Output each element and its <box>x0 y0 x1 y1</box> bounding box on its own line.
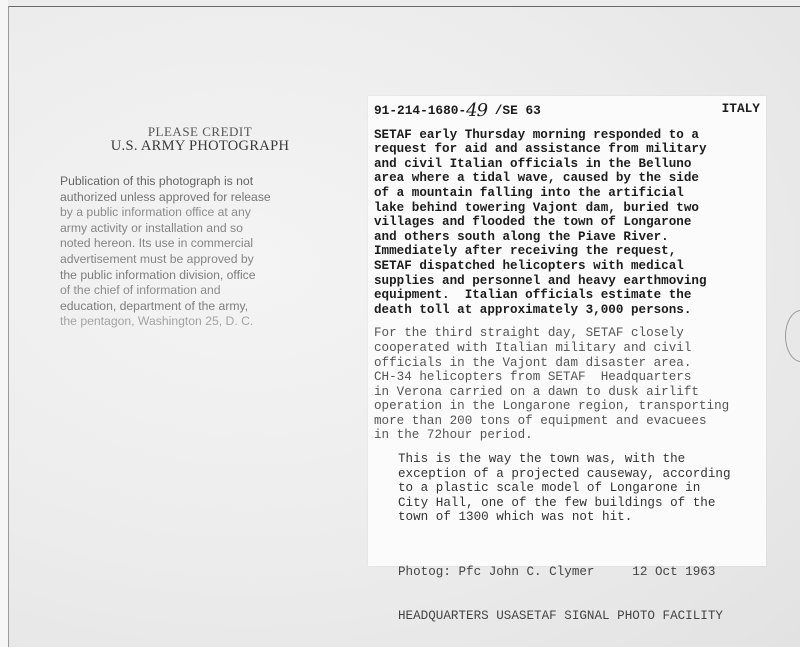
caption-slip: 91-214-1680-49 /SE 63 ITALY SETAF early … <box>368 96 766 566</box>
caption-line: area where a tidal wave, caused by the s… <box>374 171 766 186</box>
stamp-body: Publication of this photograph is notaut… <box>60 174 320 330</box>
caption-line: lake behind towering Vajont dam, buried … <box>374 201 766 216</box>
caption-line: cooperated with Italian military and civ… <box>374 341 766 356</box>
caption-line: This is the way the town was, with the <box>398 452 766 467</box>
caption-line: For the third straight day, SETAF closel… <box>374 326 766 341</box>
stamp-body-line: army activity or installation and so <box>60 221 320 237</box>
caption-paragraph-3: This is the way the town was, with theex… <box>398 452 766 525</box>
file-number-prefix: 91-214-1680- <box>374 103 466 118</box>
caption-line: equipment. Italian officials estimate th… <box>374 288 766 303</box>
caption-line: in Verona carried on a dawn to dusk airl… <box>374 385 766 400</box>
stamp-body-line: of the chief of information and <box>60 283 320 299</box>
caption-line: officials in the Vajont dam disaster are… <box>374 356 766 371</box>
caption-line: in the 72hour period. <box>374 428 766 443</box>
photographer-line: Photog: Pfc John C. Clymer 12 Oct 1963 <box>398 565 766 580</box>
stamp-body-line: by a public information office at any <box>60 205 320 221</box>
scan-margin <box>0 0 8 647</box>
caption-paragraph-1: SETAF early Thursday morning responded t… <box>374 128 766 318</box>
handwritten-number: 49 <box>466 100 487 121</box>
caption-line: villages and flooded the town of Longaro… <box>374 215 766 230</box>
caption-line: operation in the Longarone region, trans… <box>374 399 766 414</box>
caption-line: more than 200 tons of equipment and evac… <box>374 414 766 429</box>
stamp-body-line: noted hereon. Its use in commercial <box>60 236 320 252</box>
stamp-body-line: authorized unless approved for release <box>60 190 320 206</box>
caption-line: and others south along the Piave River. <box>374 230 766 245</box>
caption-line: CH-34 helicopters from SETAF Headquarter… <box>374 370 766 385</box>
caption-line: to a plastic scale model of Longarone in <box>398 481 766 496</box>
stamp-heading: PLEASE CREDIT U.S. ARMY PHOTOGRAPH <box>80 124 320 154</box>
stamp-body-line: education, department of the army, <box>60 299 320 315</box>
facility-line: HEADQUARTERS USASETAF SIGNAL PHOTO FACIL… <box>398 609 766 624</box>
caption-line: town of 1300 which was not hit. <box>398 510 766 525</box>
caption-paragraph-2: For the third straight day, SETAF closel… <box>374 326 766 443</box>
credit-stamp: PLEASE CREDIT U.S. ARMY PHOTOGRAPH Publi… <box>60 124 320 330</box>
file-number-suffix: /SE 63 <box>487 103 541 118</box>
caption-line: SETAF dispatched helicopters with medica… <box>374 259 766 274</box>
caption-line: Immediately after receiving the request, <box>374 244 766 259</box>
caption-line: exception of a projected causeway, accor… <box>398 467 766 482</box>
stamp-body-line: the pentagon, Washington 25, D. C. <box>60 314 320 330</box>
stamp-heading-line-2: U.S. ARMY PHOTOGRAPH <box>80 139 320 154</box>
file-number: 91-214-1680-49 /SE 63 <box>374 102 541 119</box>
caption-text: 91-214-1680-49 /SE 63 ITALY SETAF early … <box>374 102 766 647</box>
caption-line: SETAF early Thursday morning responded t… <box>374 128 766 143</box>
caption-line: supplies and personnel and heavy earthmo… <box>374 274 766 289</box>
stamp-heading-line-1: PLEASE CREDIT <box>80 124 320 139</box>
caption-line: of a mountain falling into the artificia… <box>374 186 766 201</box>
photo-credit: Photog: Pfc John C. Clymer 12 Oct 1963 H… <box>398 536 766 647</box>
caption-line: City Hall, one of the few buildings of t… <box>398 496 766 511</box>
stamp-body-line: Publication of this photograph is not <box>60 174 320 190</box>
country-label: ITALY <box>722 102 760 119</box>
stamp-body-line: the public information division, office <box>60 268 320 284</box>
caption-line: and civil Italian officials in the Bellu… <box>374 157 766 172</box>
caption-line: death toll at approximately 3,000 person… <box>374 303 766 318</box>
caption-header: 91-214-1680-49 /SE 63 ITALY <box>374 102 766 119</box>
stamp-body-line: advertisement must be approved by <box>60 252 320 268</box>
caption-line: request for aid and assistance from mili… <box>374 142 766 157</box>
